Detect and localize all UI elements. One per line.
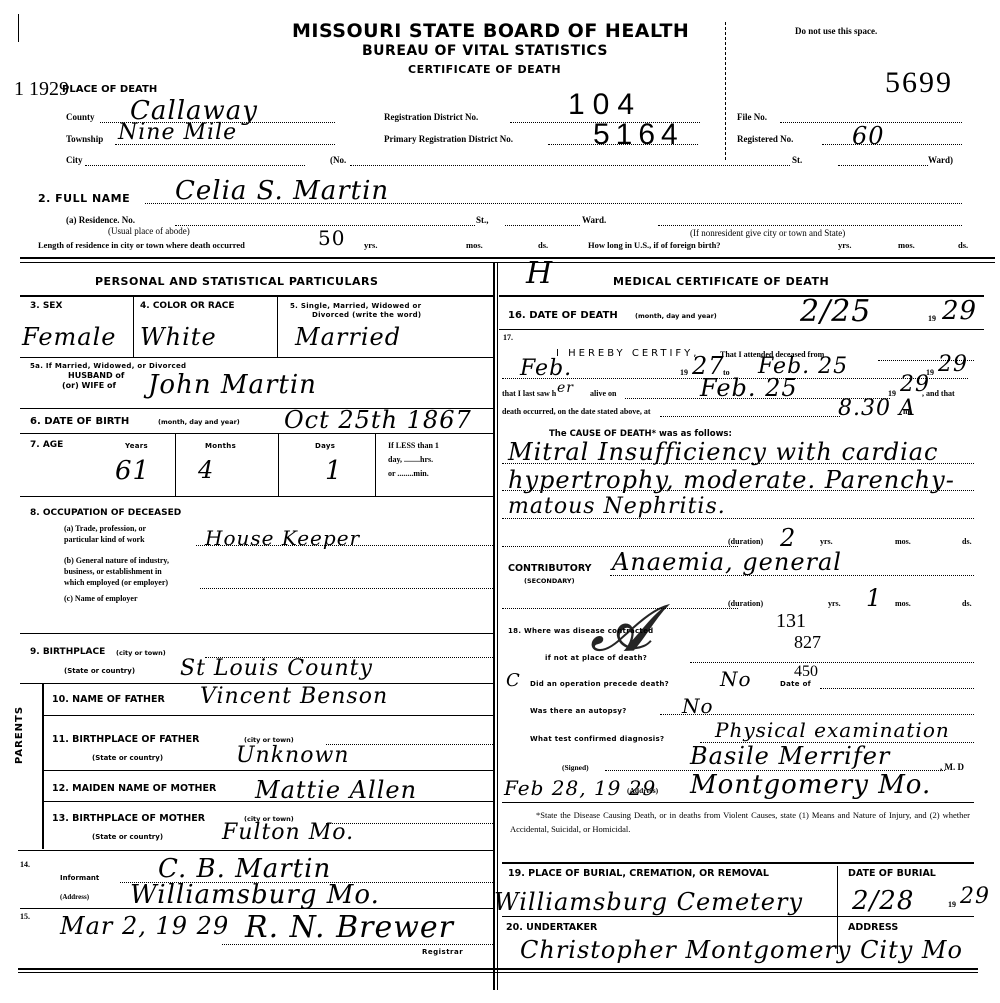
father-birthplace-line [326,744,493,745]
birthplace-value: St Louis County [180,656,373,681]
father-name-label: 10. NAME OF FATHER [52,694,165,705]
full-name-label: 2. FULL NAME [38,192,130,205]
do-not-use-note: Do not use this space. [795,26,877,36]
us-mos-label: mos. [898,240,915,250]
trade-value: House Keeper [205,526,360,550]
duration-mos-label: mos. [895,537,911,546]
cell-divider [375,434,376,496]
form-title: MISSOURI STATE BOARD OF HEALTH [292,20,689,42]
dob-label: 6. DATE OF BIRTH [30,416,129,427]
rule [18,850,493,851]
dod-year-prefix: 19 [928,314,936,323]
marital-sub-label: Divorced (write the word) [312,311,421,319]
registration-district-value: 104 [568,88,642,122]
residence-sub-label: (Usual place of abode) [108,226,190,236]
place-of-death-label: PLACE OF DEATH [62,84,157,95]
from-year-prefix: 19 [680,368,688,377]
contrib-mos-label: mos. [895,599,911,608]
rule [42,801,493,802]
spouse-label: 5a. If Married, Widowed, or Divorced [30,362,186,370]
mother-birthplace-value: Fulton Mo. [222,820,354,845]
spouse-value: John Martin [148,370,317,400]
informant-number: 14. [20,860,30,869]
birthplace-state-label: (State or country) [64,667,135,675]
signed-value: Basile Merrifer [690,742,890,770]
burial-date-label: DATE OF BURIAL [848,868,936,879]
death-occurred-label: death occurred, on the date stated above… [502,407,651,416]
certificate-title: CERTIFICATE OF DEATH [408,63,561,76]
duration-label: (duration) [728,537,763,546]
ds-label: ds. [538,240,548,250]
date-of-death-label: 16. DATE OF DEATH [508,310,618,321]
years-label: Years [125,442,148,450]
age-months-value: 4 [198,456,214,484]
full-name-value: Celia S. Martin [175,176,389,206]
rule [18,968,978,970]
registrar-initials-stamp: 𝓐 [590,592,653,666]
less-than-label: If LESS than 1 [388,441,439,450]
age-label: 7. AGE [30,440,63,450]
mos-label: mos. [466,240,483,250]
contributory-value: Anaemia, general [612,548,842,576]
burial-place-value: Williamsburg Cemetery [494,888,803,916]
stamp-mark-2: 827 [794,632,821,653]
rule [20,295,493,297]
no-label: (No. [330,155,346,165]
residence-label: (a) Residence. No. [66,215,135,225]
length-residence-label: Length of residence in city or town wher… [38,240,245,250]
parents-bracket [42,684,44,849]
ward-label: Ward) [928,155,953,165]
rule [18,972,978,973]
us-yrs-label: yrs. [838,240,851,250]
date-of-line [820,688,974,689]
industry-label-2: business, or establishment in [64,567,162,576]
industry-line [200,588,493,589]
wife-of-label: (or) WIFE of [62,381,116,390]
test-label: What test confirmed diagnosis? [530,735,664,743]
street-line [350,165,790,166]
age-days-value: 1 [325,456,343,486]
rule [499,295,984,297]
date-of-death-sub: (month, day and year) [635,312,717,320]
operation-value: No [720,667,752,691]
file-no-label: File No. [737,112,767,122]
and-that-label: , and that [922,389,955,398]
sex-value: Female [22,323,117,351]
stamp-mark-3: 450 [794,663,818,681]
occurred-line [660,416,840,417]
alive-on-label: alive on [590,389,616,398]
marital-value: Married [295,323,401,351]
mother-name-value: Mattie Allen [255,776,417,804]
contrib-duration-months: 1 [866,584,882,612]
parents-label: PARENTS [14,706,25,764]
informant-address-label: (Address) [60,893,89,901]
occupation-label: 8. OCCUPATION OF DECEASED [30,508,181,518]
stamp-mark-1: 131 [776,610,806,633]
yrs-label: yrs. [364,240,377,250]
rule [499,329,984,330]
md-label: , M. D [940,762,964,772]
burial-year-prefix: 19 [948,900,956,909]
residence-st-label: St., [476,215,489,225]
duration-ds-label: ds. [962,537,972,546]
contrib-ds-label: ds. [962,599,972,608]
contrib-duration-label: (duration) [728,599,763,608]
last-saw-value: er [557,380,574,396]
contributory-sub-label: (SECONDARY) [524,577,575,585]
father-birthplace-state-label: (State or country) [92,754,163,762]
industry-label-3: which employed (or employer) [64,578,168,587]
last-saw-label: that I last saw h [502,389,556,398]
date-of-death-year: 29 [942,296,977,326]
registration-district-label: Registration District No. [384,112,478,122]
date-of-label: Date of [780,680,811,688]
marital-label: 5. Single, Married, Widowed or [290,302,421,310]
registered-no-line [822,144,962,145]
duration-line [502,546,738,547]
rule [20,633,493,634]
test-value: Physical examination [715,718,950,742]
cause-line-1-value: Mitral Insufficiency with cardiac [508,438,939,466]
industry-label: (b) General nature of industry, [64,556,169,565]
registrar-label: Registrar [422,948,463,956]
rule [20,357,493,358]
cell-divider [133,296,134,358]
alive-on-value: Feb. 25 [700,374,798,402]
birthplace-label: 9. BIRTHPLACE [30,647,105,657]
undertaker-address-label: ADDRESS [848,922,898,933]
rule [20,496,493,497]
item-17-label: 17. [503,333,513,342]
undertaker-value: Christopher Montgomery City Mo [520,936,963,964]
ward-line [838,165,928,166]
rule [20,257,995,259]
column-divider [497,262,498,990]
bureau-title: BUREAU OF VITAL STATISTICS [362,43,608,59]
city-line [85,165,305,166]
certify-label: I HEREBY CERTIFY, [556,348,699,359]
father-name-value: Vincent Benson [200,684,388,709]
dob-sub-label: (month, day and year) [158,418,240,426]
sex-label: 3. SEX [30,301,62,311]
birthplace-sub-label: (city or town) [116,649,166,657]
time-suffix: m. [903,407,912,416]
age-years-value: 61 [115,456,150,486]
autopsy-value: No [682,694,714,718]
cause-line-3-value: matous Nephritis. [508,494,726,519]
contributory-label: CONTRIBUTORY [508,563,592,574]
cause-line-2-value: hypertrophy, moderate. Parenchy- [508,466,955,494]
primary-registration-value: 5164 [593,118,684,152]
filed-number: 15. [20,912,30,921]
primary-registration-label: Primary Registration District No. [384,134,513,144]
months-label: Months [205,442,236,450]
margin-mark-c: C [506,670,521,691]
mother-birthplace-state-label: (State or country) [92,833,163,841]
burial-date-value: 2/28 [852,886,914,916]
county-label: County [66,112,95,122]
st-label: St. [792,155,802,165]
corner-date-stamp: 1 1929 [14,78,69,101]
informant-address-value: Williamsburg Mo. [130,880,380,910]
cell-divider [278,434,279,496]
mother-name-label: 12. MAIDEN NAME OF MOTHER [52,783,216,794]
rule [502,916,974,917]
duration-yrs-label: yrs. [820,537,833,546]
city-label: City [66,155,83,165]
attended-from-value: Feb. [520,356,572,381]
margin-mark [18,14,19,42]
physician-address-label: (Address) [627,786,658,795]
father-birthplace-value: Unknown [236,743,349,768]
informant-label: Informant [60,874,99,882]
undertaker-label: 20. UNDERTAKER [506,922,597,933]
residence-ward-label: Ward. [582,215,606,225]
operation-label: Did an operation precede death? [530,680,669,688]
residence-ward-line [505,225,580,226]
header-divider [725,22,726,160]
attended-to-year: 29 [938,352,968,377]
autopsy-label: Was there an autopsy? [530,707,627,715]
us-ds-label: ds. [958,240,968,250]
dob-value: Oct 25th 1867 [284,406,472,434]
nonresident-line [658,225,962,226]
rule [502,862,974,864]
stamp-number: 5699 [885,66,953,100]
filed-date-value: Mar 2, 19 29 [60,912,229,940]
rule [20,262,995,263]
length-residence-value: 50 [318,226,345,250]
registrar-value: R. N. Brewer [245,910,454,945]
cell-divider [277,296,278,358]
husband-of-label: HUSBAND of [68,371,124,380]
minutes-label: or ........min. [388,469,429,478]
rule [20,433,493,434]
rule [20,908,493,909]
burial-place-label: 19. PLACE OF BURIAL, CREMATION, OR REMOV… [508,868,769,879]
burial-year: 29 [960,884,990,909]
father-birthplace-label: 11. BIRTHPLACE OF FATHER [52,734,200,745]
mother-birthplace-label: 13. BIRTHPLACE OF MOTHER [52,813,205,824]
column-divider [493,262,495,990]
rule [42,770,493,771]
rule [42,715,493,716]
cell-divider [175,434,176,496]
race-value: White [140,323,217,351]
registered-no-value: 60 [852,122,885,150]
trade-label-2: particular kind of work [64,535,145,544]
township-label: Township [66,134,103,144]
medical-section-title: MEDICAL CERTIFICATE OF DEATH [613,275,829,288]
registered-no-label: Registered No. [737,134,793,144]
personal-section-title: PERSONAL AND STATISTICAL PARTICULARS [95,275,378,288]
days-label: Days [315,442,335,450]
signed-label: (Signed) [562,763,589,772]
contrib-yrs-label: yrs. [828,599,841,608]
race-label: 4. COLOR OR RACE [140,301,235,311]
rule [502,802,974,803]
date-of-death-value: 2/25 [800,294,871,329]
nonresident-note: (If nonresident give city or town and St… [690,228,845,238]
footnote: *State the Disease Causing Death, or in … [510,808,970,836]
trade-label: (a) Trade, profession, or [64,524,146,533]
township-value: Nine Mile [118,120,237,145]
us-residence-label: How long in U.S., if of foreign birth? [588,240,721,250]
hours-label: day, ........hrs. [388,455,433,464]
contracted-line [690,662,974,663]
employer-label: (c) Name of employer [64,594,138,603]
margin-mark-h: H [526,256,553,291]
physician-address-value: Montgomery Mo. [690,770,931,800]
